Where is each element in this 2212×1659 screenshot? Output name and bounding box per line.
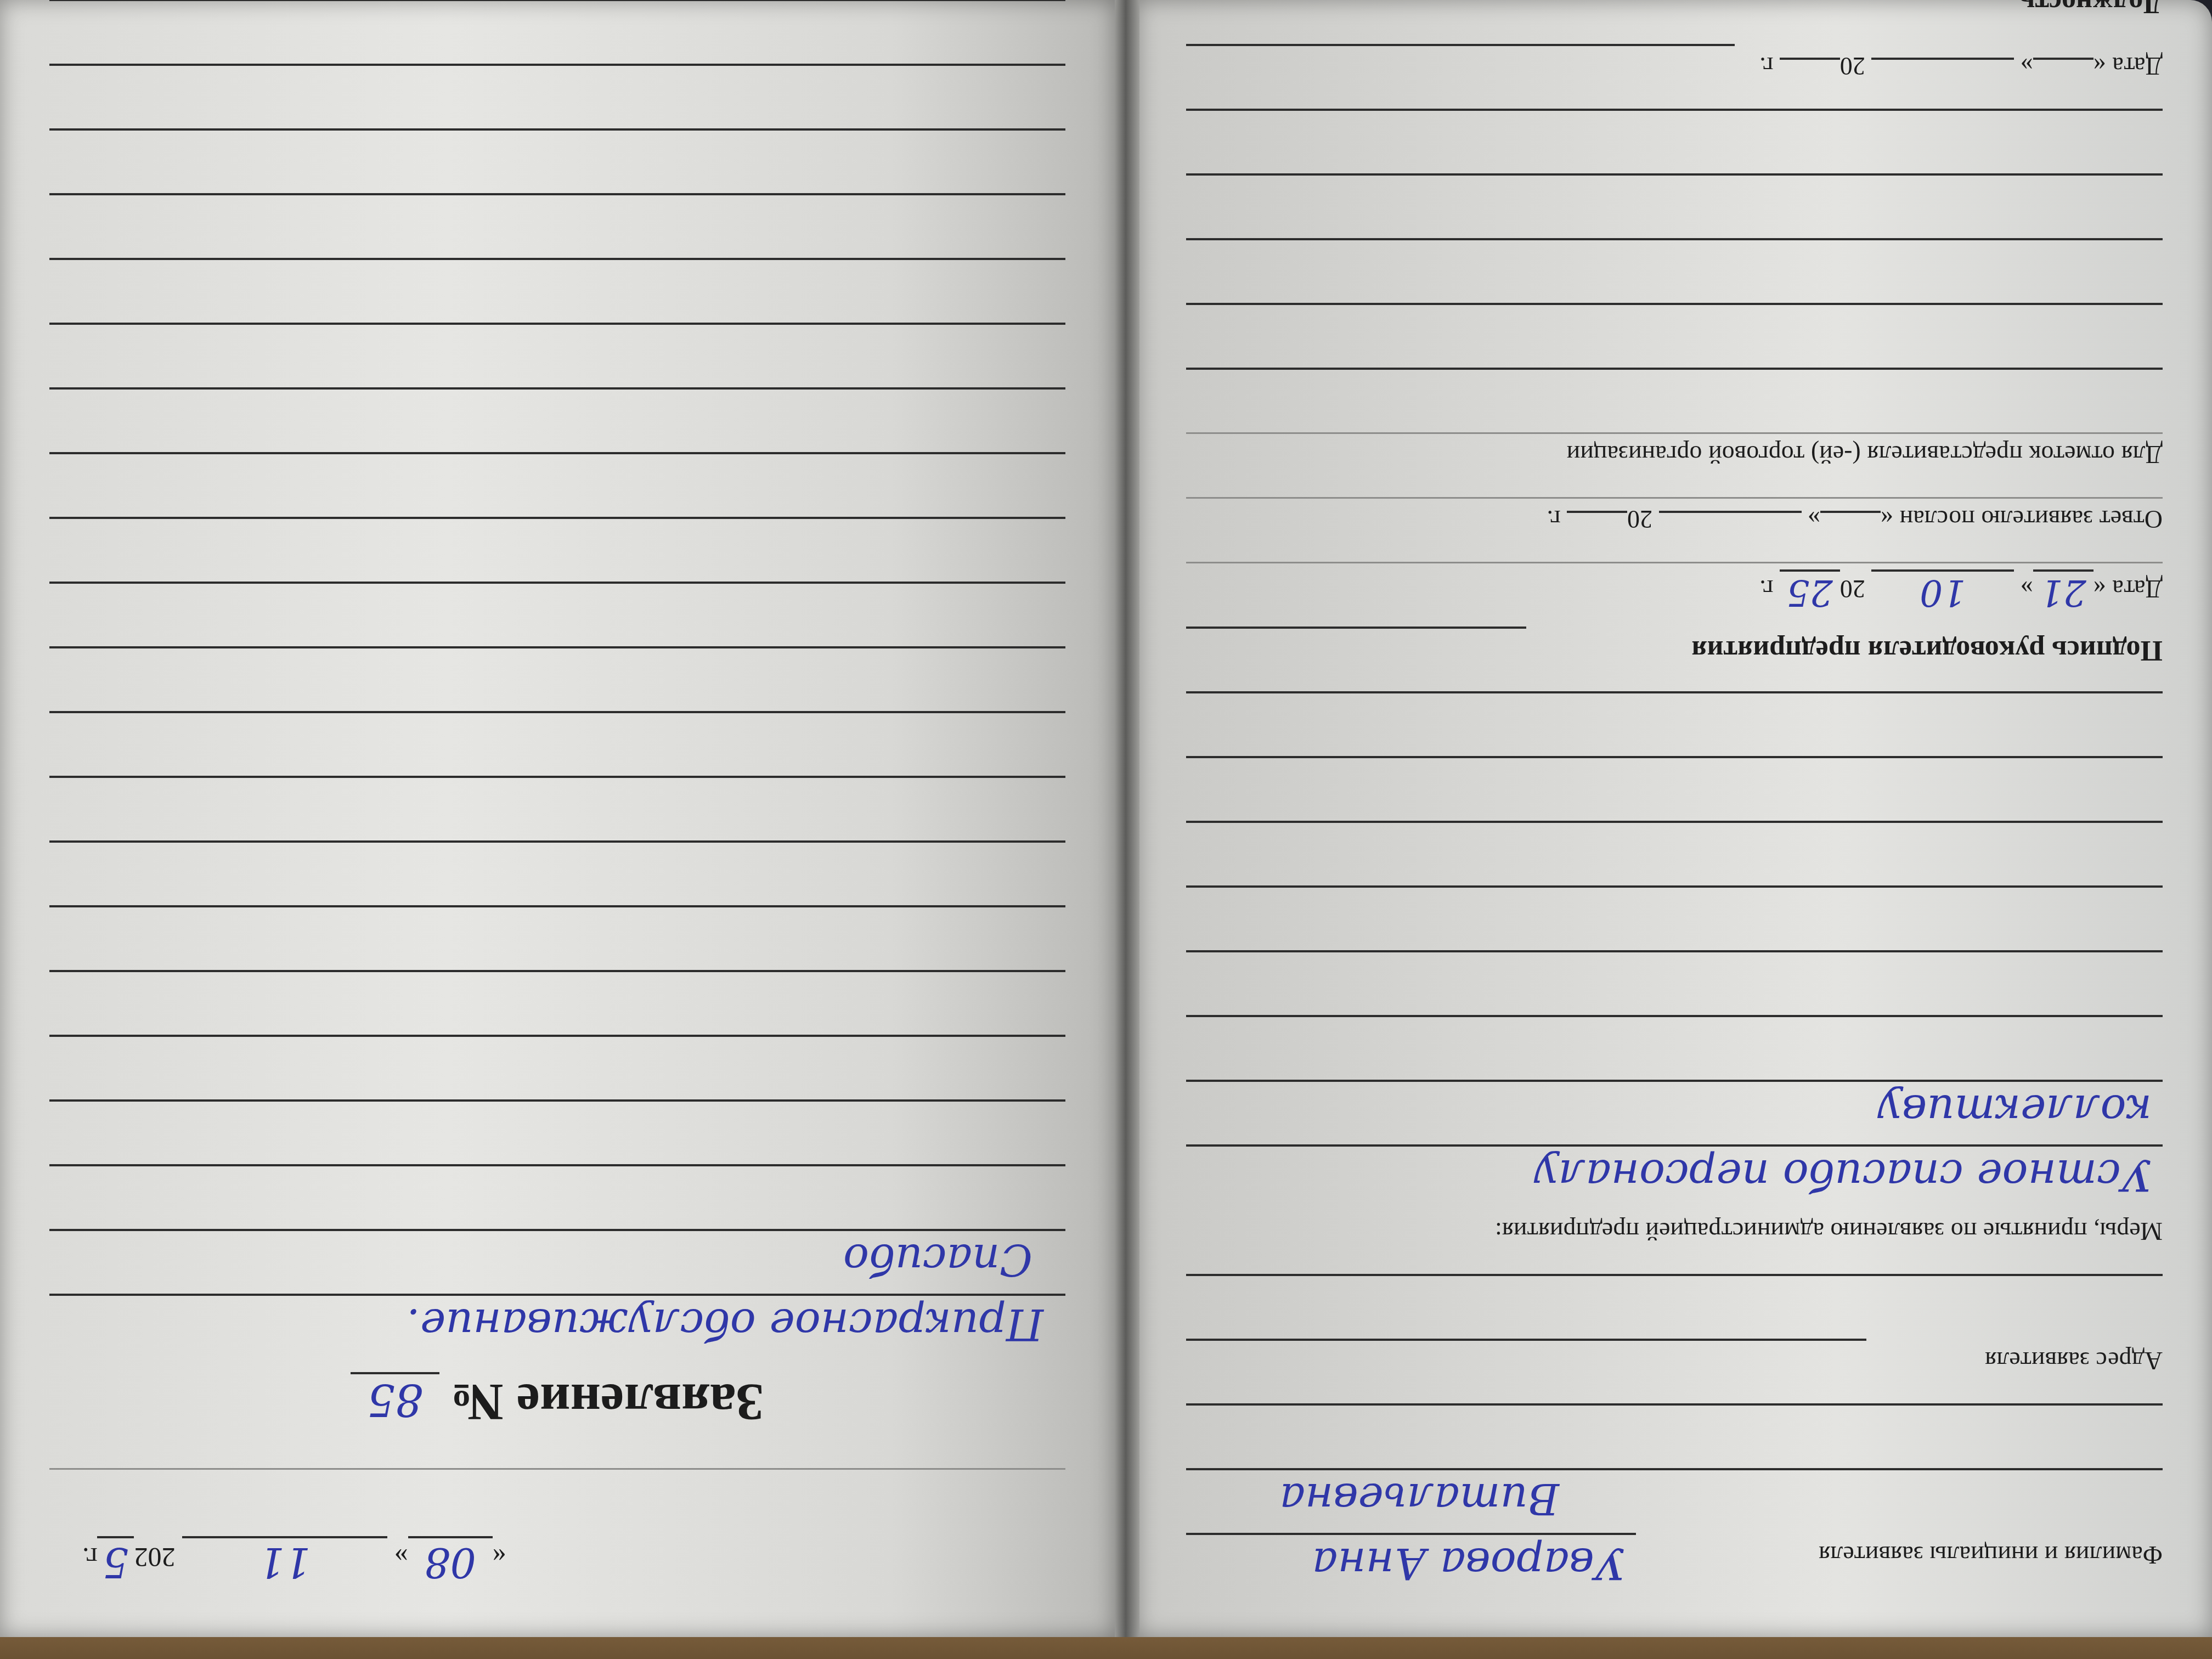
rep-date: Дата «» 20 г. <box>1759 52 2163 81</box>
applicant-address-label: Адрес заявителя <box>1985 1346 2163 1375</box>
rule <box>49 64 1065 66</box>
rule <box>49 387 1065 390</box>
rule <box>49 452 1065 454</box>
head-date-month: 10 <box>1871 569 2014 614</box>
head-date: Дата «21» 10 2025 г. <box>1759 569 2163 614</box>
blank-line-row <box>49 0 1065 53</box>
year-label: г. <box>82 1542 97 1573</box>
blank-line-row <box>49 117 1065 182</box>
rule <box>49 517 1065 519</box>
rep-date-month <box>1871 58 2014 60</box>
reply-sent-label: Ответ заявителю послан « <box>1881 505 2163 533</box>
rule <box>1186 109 2163 111</box>
photo-scene: Фамилия и инициалы заявителя Уварова Анн… <box>0 0 2212 1659</box>
complaint-date-month: 11 <box>182 1536 387 1585</box>
complaint-date: «08» 11 2025г. <box>49 1522 1065 1604</box>
year-prefix: 20 <box>1627 505 1652 533</box>
rule <box>49 582 1065 584</box>
rep-date-day <box>2033 58 2093 60</box>
quote: » <box>394 1542 408 1573</box>
rule <box>49 323 1065 325</box>
blank-line-row <box>49 376 1065 441</box>
reply-sent-day <box>1820 511 1881 513</box>
rule <box>49 193 1065 195</box>
rule <box>1186 821 2163 823</box>
page-applicant-details: Фамилия и инициалы заявителя Уварова Анн… <box>1137 0 2212 1637</box>
rule <box>1186 756 2163 758</box>
year-prefix: 202 <box>134 1542 175 1573</box>
rule <box>1186 1015 2163 1017</box>
blank-line-row <box>49 441 1065 506</box>
book-gutter <box>1112 0 1139 1637</box>
measures-text-line-1: Устное спасибо персоналу <box>1533 1150 2152 1199</box>
rule <box>1186 173 2163 176</box>
blank-line-row <box>49 1088 1065 1153</box>
rule <box>49 646 1065 648</box>
complaint-text-line-2: Спасибо <box>843 1234 1032 1284</box>
blank-line-row <box>49 959 1065 1024</box>
year-label: г. <box>1759 575 1773 603</box>
rule <box>1186 1339 1866 1341</box>
quote: » <box>2021 52 2033 80</box>
head-signature-label: Подпись руководителя предприятия <box>1691 634 2163 667</box>
blank-line-row <box>49 894 1065 959</box>
complaint-text-line-1: Прикрасное обслуживание. <box>407 1299 1043 1348</box>
blank-lines <box>49 0 1065 1218</box>
rule <box>1186 950 2163 952</box>
complaint-date-day: 08 <box>408 1536 493 1585</box>
blank-line-row <box>49 506 1065 571</box>
blank-line-row <box>49 247 1065 312</box>
head-date-label: Дата « <box>2093 575 2163 603</box>
rule <box>1186 432 2163 434</box>
rule <box>49 128 1065 131</box>
rule <box>49 1035 1065 1037</box>
rule <box>1186 1533 1636 1535</box>
complaint-date-year: 5 <box>97 1536 134 1585</box>
complaint-number: 85 <box>351 1372 439 1425</box>
position-label: Должность <box>2020 0 2163 19</box>
rule <box>49 1229 1065 1231</box>
quote: « <box>493 1542 506 1573</box>
year-prefix: 20 <box>1840 52 1865 80</box>
reply-sent-month <box>1659 511 1802 513</box>
rep-date-year <box>1780 58 1840 60</box>
applicant-name-value-2: Витальевна <box>1279 1474 1559 1523</box>
blank-line-row <box>49 1153 1065 1218</box>
rule <box>1186 368 2163 370</box>
rule <box>1186 885 2163 888</box>
head-signature-line <box>1186 627 1526 629</box>
head-date-day: 21 <box>2033 569 2093 614</box>
rule <box>49 840 1065 843</box>
blank-line-row <box>49 635 1065 700</box>
rule <box>1186 303 2163 305</box>
year-label: г. <box>1547 505 1560 533</box>
year-prefix: 20 <box>1840 575 1865 603</box>
rule <box>1186 1144 2163 1147</box>
blank-line-row <box>49 312 1065 376</box>
rule <box>49 258 1065 260</box>
rule <box>49 970 1065 972</box>
page-complaint: «08» 11 2025г. Заявление №85 Прикрасное … <box>0 0 1115 1637</box>
rule <box>1186 562 2163 563</box>
rep-notes-label: Для отметок представителя (-ей) торговой… <box>1567 440 2163 469</box>
blank-line-row <box>49 765 1065 830</box>
rule <box>1186 497 2163 499</box>
quote: » <box>2021 575 2033 603</box>
measures-text-line-2: коллективу <box>1877 1085 2152 1135</box>
rep-date-label: Дата « <box>2093 52 2163 80</box>
rule <box>1186 44 1735 46</box>
blank-line-row <box>49 1024 1065 1088</box>
rule <box>1186 1468 2163 1470</box>
rule <box>49 0 1065 1</box>
blank-line-row <box>49 53 1065 117</box>
head-date-year: 25 <box>1780 569 1840 614</box>
rule <box>1186 238 2163 240</box>
complaint-title: Заявление №85 <box>49 1347 1065 1457</box>
blank-line-row <box>49 182 1065 247</box>
rule <box>49 1294 1065 1296</box>
rule <box>1186 1274 2163 1276</box>
rule <box>49 711 1065 713</box>
year-label: г. <box>1759 52 1773 80</box>
rule <box>1186 1080 2163 1082</box>
reply-sent-year <box>1567 511 1627 513</box>
applicant-name-label: Фамилия и инициалы заявителя <box>1819 1541 2163 1570</box>
quote: » <box>1808 505 1820 533</box>
rule <box>49 905 1065 907</box>
blank-line-row <box>49 700 1065 765</box>
applicant-name-value: Уварова Анна <box>1312 1538 1625 1588</box>
blank-line-row <box>49 571 1065 635</box>
rule <box>1186 1403 2163 1406</box>
reply-sent-date: Ответ заявителю послан «» 20 г. <box>1547 505 2163 534</box>
rule <box>49 1099 1065 1102</box>
rule <box>49 1468 1065 1470</box>
blank-line-row <box>49 830 1065 894</box>
rule <box>49 1164 1065 1166</box>
rule <box>49 776 1065 778</box>
rule <box>1186 691 2163 693</box>
measures-label: Меры, принятые по заявлению администраци… <box>1495 1217 2163 1246</box>
complaint-title-text: Заявление № <box>450 1373 764 1432</box>
